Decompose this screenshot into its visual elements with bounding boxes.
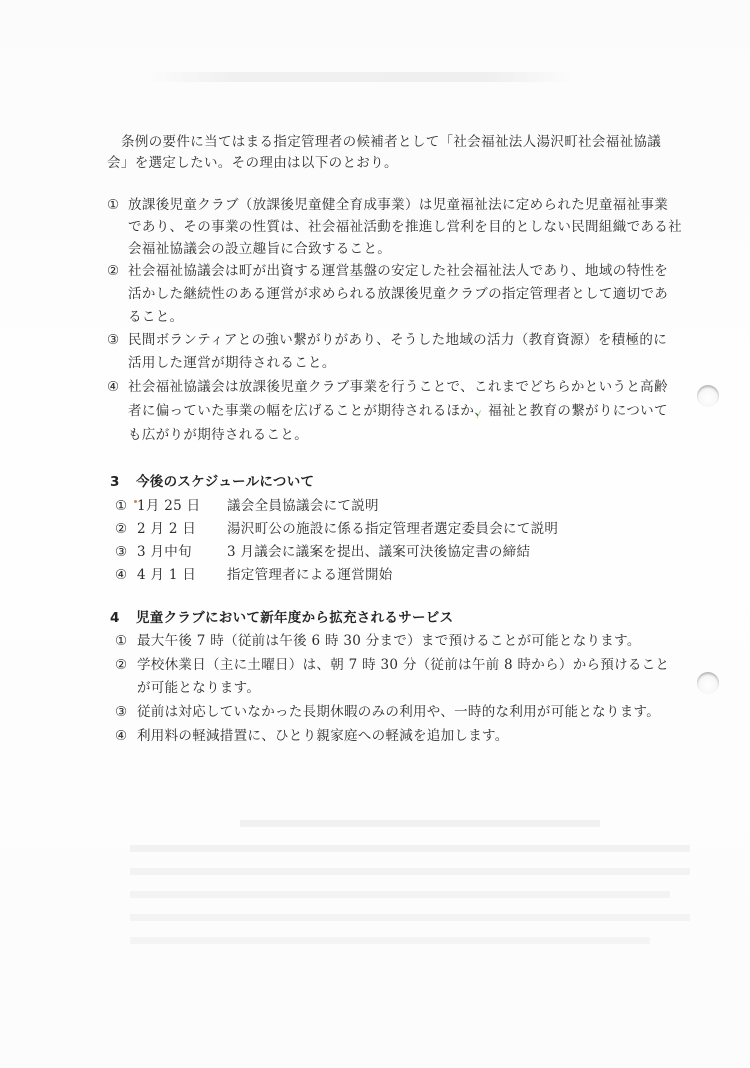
- reason-1: ①放課後児童クラブ（放課後児童健全育成事業）は児童福祉法に定められた児童福祉事業: [107, 196, 668, 214]
- service-item: ②学校休業日（主に土曜日）は、朝 7 時 30 分（従前は午前 8 時から）から…: [115, 656, 669, 674]
- reason-marker: ④: [107, 378, 128, 396]
- stray-mark-decoration: [134, 500, 137, 503]
- bleed-through-decoration: [130, 891, 670, 898]
- service-text: 従前は対応していなかった長期休暇のみの利用や、一時的な利用が可能となります。: [137, 704, 660, 720]
- punch-hole-decoration: [697, 385, 719, 407]
- service-marker: ①: [115, 632, 137, 650]
- schedule-description: 議会全員協議会にて説明: [227, 498, 379, 514]
- section-4-heading: 4児童クラブにおいて新年度から拡充されるサービス: [110, 609, 453, 627]
- reason-1-line-3: 会福祉協議会の設立趣旨に合致すること。: [128, 240, 391, 258]
- intro-line-1: 条例の要件に当てはまる指定管理者の候補者として「社会福祉法人湯沢町社会福祉協議: [121, 133, 661, 151]
- reason-2-line-3: ること。: [128, 308, 183, 326]
- service-marker: ③: [115, 703, 137, 721]
- schedule-marker: ③: [115, 543, 137, 561]
- reason-text: 民間ボランティアとの強い繋がりがあり、そうした地域の活力（教育資源）を積極的に: [128, 332, 667, 348]
- reason-marker: ③: [107, 331, 128, 349]
- section-3-heading: 3今後のスケジュールについて: [110, 473, 314, 491]
- reason-text: 放課後児童クラブ（放課後児童健全育成事業）は児童福祉法に定められた児童福祉事業: [128, 197, 668, 213]
- schedule-description: 3 月議会に議案を提出、議案可決後協定書の締結: [227, 544, 530, 560]
- schedule-item: ②2 月 2 日湯沢町公の施設に係る指定管理者選定委員会にて説明: [115, 520, 558, 538]
- service-item: ④利用料の軽減措置に、ひとり親家庭への軽減を追加します。: [115, 727, 509, 745]
- schedule-date: 1月 25 日: [137, 497, 227, 515]
- schedule-date: 3 月中旬: [137, 543, 227, 561]
- schedule-marker: ②: [115, 520, 137, 538]
- service-text: 学校休業日（主に土曜日）は、朝 7 時 30 分（従前は午前 8 時から）から預…: [137, 657, 669, 673]
- schedule-marker: ④: [115, 566, 137, 584]
- bleed-through-decoration: [150, 72, 570, 82]
- schedule-description: 指定管理者による運営開始: [227, 567, 393, 583]
- intro-line-2: 会」を選定したい。その理由は以下のとおり。: [107, 154, 398, 172]
- punch-hole-decoration: [697, 672, 719, 694]
- service-text: 利用料の軽減措置に、ひとり親家庭への軽減を追加します。: [137, 728, 509, 744]
- schedule-item: ③3 月中旬3 月議会に議案を提出、議案可決後協定書の締結: [115, 543, 530, 561]
- reason-marker: ①: [107, 196, 128, 214]
- section-title: 今後のスケジュールについて: [136, 474, 314, 490]
- reason-1-line-2: であり、その事業の性質は、社会福祉活動を推進し営利を目的としない民間組織である社: [128, 218, 682, 236]
- service-item: ③従前は対応していなかった長期休暇のみの利用や、一時的な利用が可能となります。: [115, 703, 660, 721]
- bleed-through-decoration: [130, 868, 690, 875]
- service-marker: ②: [115, 656, 137, 674]
- reason-text: 社会福祉協議会は放課後児童クラブ事業を行うことで、これまでどちらかというと高齢: [128, 379, 668, 395]
- schedule-description: 湯沢町公の施設に係る指定管理者選定委員会にて説明: [227, 521, 558, 537]
- schedule-item: ④4 月 1 日指定管理者による運営開始: [115, 566, 393, 584]
- bleed-through-decoration: [130, 914, 690, 921]
- reason-4-line-2: 者に偏っていた事業の幅を広げることが期待されるほか、福祉と教育の繋がりについて: [128, 402, 668, 420]
- schedule-date: 4 月 1 日: [137, 566, 227, 584]
- schedule-item: ①1月 25 日議会全員協議会にて説明: [115, 497, 379, 515]
- reason-4: ④社会福祉協議会は放課後児童クラブ事業を行うことで、これまでどちらかというと高齢: [107, 378, 668, 396]
- service-text: 最大午後 7 時（従前は午後 6 時 30 分まで）まで預けることが可能となりま…: [137, 633, 641, 649]
- section-title: 児童クラブにおいて新年度から拡充されるサービス: [136, 610, 453, 626]
- scanned-document-page: 条例の要件に当てはまる指定管理者の候補者として「社会福祉法人湯沢町社会福祉協議 …: [0, 0, 750, 1068]
- schedule-date: 2 月 2 日: [137, 520, 227, 538]
- reason-2-line-2: 活かした継続性のある運営が求められる放課後児童クラブの指定管理者として適切であ: [128, 285, 668, 303]
- section-number: 3: [110, 473, 136, 491]
- reason-3: ③民間ボランティアとの強い繋がりがあり、そうした地域の活力（教育資源）を積極的に: [107, 331, 667, 349]
- service-marker: ④: [115, 727, 137, 745]
- reason-4-line-3: も広がりが期待されること。: [128, 426, 308, 444]
- service-item: ①最大午後 7 時（従前は午後 6 時 30 分まで）まで預けることが可能となり…: [115, 632, 641, 650]
- bleed-through-decoration: [130, 937, 650, 944]
- section-number: 4: [110, 609, 136, 627]
- reason-text: 社会福祉協議会は町が出資する運営基盤の安定した社会福祉法人であり、地域の特性を: [128, 263, 668, 279]
- reason-3-line-2: 活用した運営が期待されること。: [128, 354, 336, 372]
- reason-marker: ②: [107, 262, 128, 280]
- reason-2: ②社会福祉協議会は町が出資する運営基盤の安定した社会福祉法人であり、地域の特性を: [107, 262, 668, 280]
- service-item-continuation: が可能となります。: [137, 679, 260, 697]
- bleed-through-decoration: [130, 845, 690, 852]
- bleed-through-decoration: [240, 820, 600, 827]
